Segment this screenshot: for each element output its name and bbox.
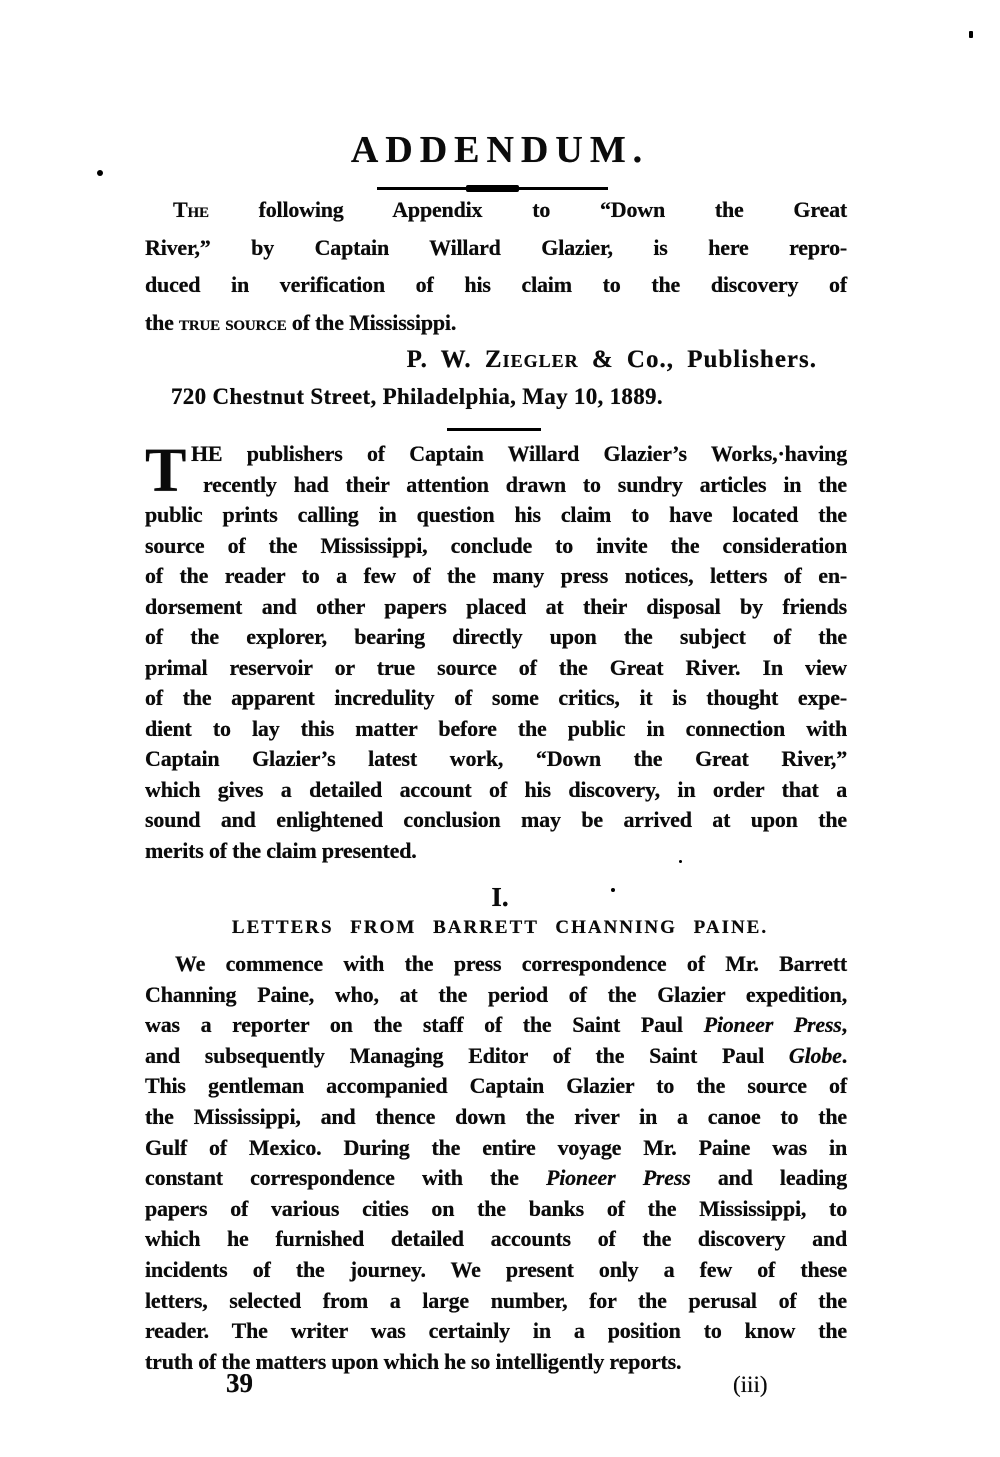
paragraph-text: .: [842, 1043, 847, 1068]
publisher-address: 720 Chestnut Street, Philadelphia, May 1…: [145, 384, 873, 410]
paragraph-line: constant correspondence with the Pioneer…: [145, 1165, 847, 1196]
book-page: ADDENDUM. The following Appendix to “Dow…: [0, 0, 1000, 1457]
ink-speck: [969, 31, 973, 38]
publisher-name-small-caps: Ziegler: [485, 346, 579, 373]
page-number-left: 39: [226, 1368, 253, 1399]
paragraph-line: primal reservoir or true source of the G…: [145, 655, 847, 686]
intro-line-text: of the Mississippi.: [287, 310, 457, 335]
paragraph-text: ,: [842, 1012, 847, 1037]
paragraph-line: Gulf of Mexico. During the entire voyage…: [145, 1135, 847, 1166]
paragraph-line: source of the Mississippi, conclude to i…: [145, 533, 847, 564]
page-title: ADDENDUM.: [0, 128, 1000, 172]
paragraph-line: letters, selected from a large number, f…: [145, 1288, 847, 1319]
pioneer-press-italic: Pioneer Press: [704, 1012, 842, 1037]
main-paragraph: HE publishers of Captain Willard Glazier…: [145, 441, 847, 868]
title-rule-center-bar: [466, 185, 519, 192]
paragraph-line: of the explorer, bearing directly upon t…: [145, 624, 847, 655]
letters-paragraph: We commence with the press correspondenc…: [145, 951, 847, 1379]
true-source-small-caps: true source: [179, 310, 287, 335]
section-heading: LETTERS FROM BARRETT CHANNING PAINE.: [0, 917, 1000, 939]
paragraph-line: of the reader to a few of the many press…: [145, 563, 847, 594]
intro-line-text: the: [145, 310, 179, 335]
paragraph-line: merits of the claim presented.: [145, 838, 847, 869]
paragraph-text: and leading: [691, 1165, 847, 1190]
paragraph-line: reader. The writer was certainly in a po…: [145, 1318, 847, 1349]
paragraph-line: which gives a detailed account of his di…: [145, 777, 847, 808]
paragraph-line: of the apparent incredulity of some crit…: [145, 685, 847, 716]
title-rule: [377, 184, 608, 192]
ink-speck: [679, 860, 682, 863]
paragraph-line: was a reporter on the staff of the Saint…: [145, 1012, 847, 1043]
section-number: I.: [0, 882, 1000, 913]
publisher-text: P. W.: [407, 346, 485, 373]
paragraph-line: Channing Paine, who, at the period of th…: [145, 982, 847, 1013]
paragraph-line: which he furnished detailed accounts of …: [145, 1226, 847, 1257]
paragraph-line: recently had their attention drawn to su…: [145, 472, 847, 503]
pioneer-press-italic: Pioneer Press: [546, 1165, 691, 1190]
paragraph-line: Captain Glazier’s latest work, “Down the…: [145, 746, 847, 777]
publisher-signature: P. W. Ziegler & Co., Publishers.: [145, 346, 847, 374]
paragraph-line: incidents of the journey. We present onl…: [145, 1257, 847, 1288]
intro-line: River,” by Captain Willard Glazier, is h…: [145, 235, 847, 273]
paragraph-text: constant correspondence with the: [145, 1165, 546, 1190]
intro-paragraph: The following Appendix to “Down the Grea…: [145, 197, 847, 347]
paragraph-line: dorsement and other papers placed at the…: [145, 594, 847, 625]
paragraph-line: papers of various cities on the banks of…: [145, 1196, 847, 1227]
globe-italic: Globe: [789, 1043, 842, 1068]
paragraph-text: and subsequently Managing Editor of the …: [145, 1043, 789, 1068]
paragraph-line: dient to lay this matter before the publ…: [145, 716, 847, 747]
paragraph-line: sound and enlightened conclusion may be …: [145, 807, 847, 838]
lead-small-caps: The: [173, 197, 209, 222]
intro-line-text: following Appendix to “Down the Great: [209, 197, 847, 222]
paragraph-line: This gentleman accompanied Captain Glazi…: [145, 1073, 847, 1104]
paragraph-text: was a reporter on the staff of the Saint…: [145, 1012, 704, 1037]
section-divider-rule: [447, 428, 541, 431]
paragraph-line: HE publishers of Captain Willard Glazier…: [145, 441, 847, 472]
paragraph-line: We commence with the press correspondenc…: [145, 951, 847, 982]
intro-line: duced in verification of his claim to th…: [145, 272, 847, 310]
ink-speck: [611, 888, 615, 892]
page-number-right: (iii): [733, 1372, 768, 1398]
intro-line: The following Appendix to “Down the Grea…: [145, 197, 847, 235]
paragraph-line: the Mississippi, and thence down the riv…: [145, 1104, 847, 1135]
paragraph-line: and subsequently Managing Editor of the …: [145, 1043, 847, 1074]
publisher-text: & Co., Publishers.: [579, 346, 817, 373]
intro-line: the true source of the Mississippi.: [145, 310, 847, 348]
paragraph-line: public prints calling in question his cl…: [145, 502, 847, 533]
ink-speck: [97, 170, 103, 176]
